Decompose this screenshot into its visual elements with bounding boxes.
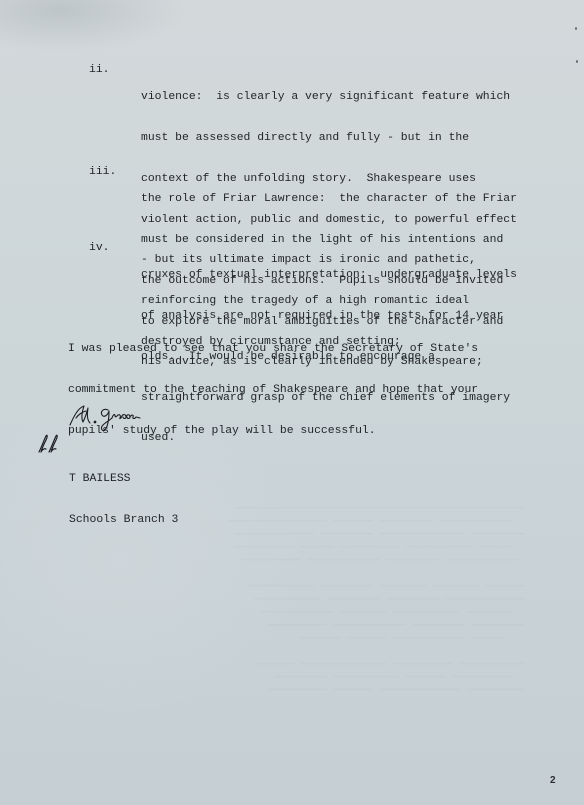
text-line: commitment to the teaching of Shakespear…: [68, 384, 478, 398]
letter-page: ii. violence: is clearly a very signific…: [0, 0, 584, 805]
list-item-friar-lawrence: iii. the role of Friar Lawrence: the cha…: [89, 166, 116, 220]
handwritten-signature: [68, 398, 148, 432]
text-line: I was pleased to see that you share the …: [68, 343, 478, 357]
list-numeral: ii.: [89, 64, 110, 78]
page-number: 2: [550, 775, 556, 786]
text-line: the role of Friar Lawrence: the characte…: [141, 193, 517, 207]
list-numeral: iii.: [89, 166, 116, 180]
signatory-name: T BAILESS: [69, 473, 178, 487]
text-line: must be assessed directly and fully - bu…: [141, 132, 517, 146]
list-numeral: iv.: [89, 242, 110, 256]
list-item-textual-interpretation: iv. cruxes of textual interpretation: un…: [89, 242, 116, 296]
pp-handwritten-mark: [36, 432, 66, 456]
closing-paragraph: I was pleased to see that you share the …: [68, 316, 478, 466]
text-line: cruxes of textual interpretation: underg…: [141, 269, 517, 283]
reverse-side-bleed-through: ────────────────────────────────────────…: [105, 490, 525, 730]
paper-speck: [575, 27, 577, 30]
paper-speck: [576, 60, 578, 63]
text-line: violence: is clearly a very significant …: [141, 91, 517, 105]
list-item-violence: ii. violence: is clearly a very signific…: [89, 64, 116, 118]
